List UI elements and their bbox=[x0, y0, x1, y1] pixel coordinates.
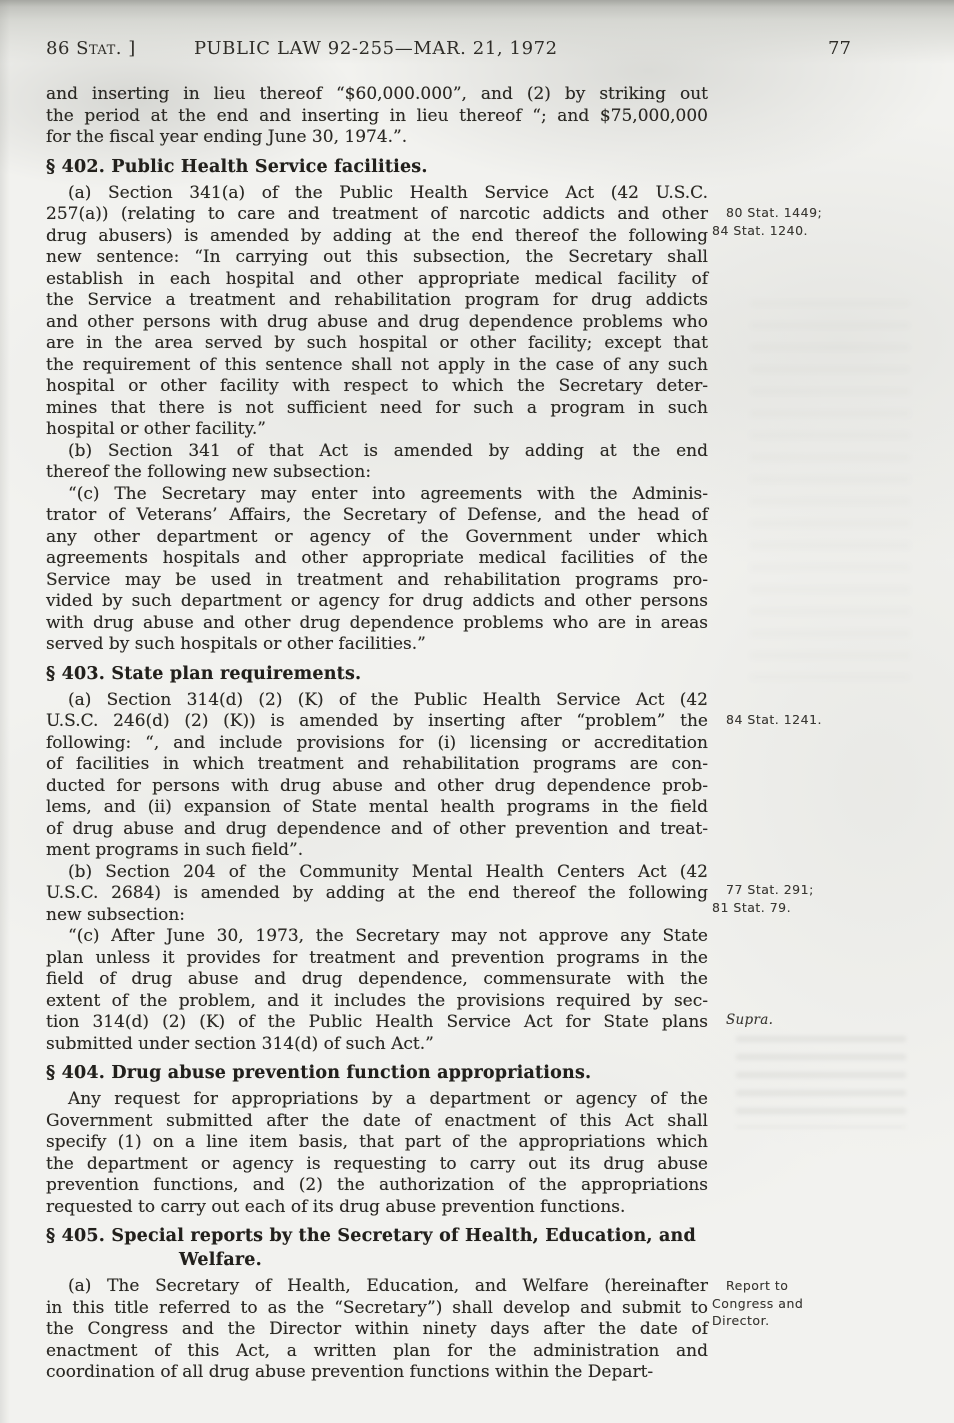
section-404-heading: § 404. Drug abuse prevention function ap… bbox=[46, 1061, 708, 1085]
statutes-volume-label: 86 Stat. ] bbox=[46, 38, 136, 59]
section-405-paragraph-a: (a) The Secretary of Health, Education, … bbox=[46, 1276, 708, 1384]
section-402-paragraph-b: (b) Section 341 of that Act is amended b… bbox=[46, 441, 708, 484]
section-404-paragraph: Any request for appropriations by a depa… bbox=[46, 1089, 708, 1218]
section-402-paragraph-c: “(c) The Secretary may enter into agreem… bbox=[46, 484, 708, 656]
section-402-paragraph-a: (a) Section 341(a) of the Public Health … bbox=[46, 183, 708, 441]
statute-text-column: and inserting in lieu thereof “$60,000.0… bbox=[46, 84, 708, 1384]
public-law-title: PUBLIC LAW 92-255—MAR. 21, 1972 bbox=[194, 38, 558, 59]
section-403-heading: § 403. State plan requirements. bbox=[46, 662, 708, 686]
page-number: 77 bbox=[828, 38, 851, 59]
margin-note-report-to-congress: Report to Congress and Director. bbox=[712, 1277, 872, 1330]
intro-paragraph: and inserting in lieu thereof “$60,000.0… bbox=[46, 84, 708, 149]
margin-note-stat-citation-403b: 77 Stat. 291; 81 Stat. 79. bbox=[712, 881, 872, 916]
section-405-heading: § 405. Special reports by the Secretary … bbox=[46, 1224, 708, 1272]
section-403-paragraph-a: (a) Section 314(d) (2) (K) of the Public… bbox=[46, 690, 708, 862]
statute-page: 86 Stat. ] PUBLIC LAW 92-255—MAR. 21, 19… bbox=[0, 0, 954, 1423]
bleed-through-artifact bbox=[750, 300, 910, 680]
bleed-through-artifact bbox=[736, 1036, 906, 1128]
margin-note-supra: Supra. bbox=[712, 1012, 872, 1030]
running-header: 86 Stat. ] PUBLIC LAW 92-255—MAR. 21, 19… bbox=[0, 38, 954, 64]
section-403-paragraph-b: (b) Section 204 of the Community Mental … bbox=[46, 862, 708, 927]
section-402-heading: § 402. Public Health Service facilities. bbox=[46, 155, 708, 179]
section-403-paragraph-c: “(c) After June 30, 1973, the Secretary … bbox=[46, 926, 708, 1055]
scan-edge-artifact bbox=[0, 0, 10, 1423]
margin-note-stat-citation-402: 80 Stat. 1449; 84 Stat. 1240. bbox=[712, 204, 872, 239]
margin-note-stat-citation-403: 84 Stat. 1241. bbox=[712, 711, 872, 729]
